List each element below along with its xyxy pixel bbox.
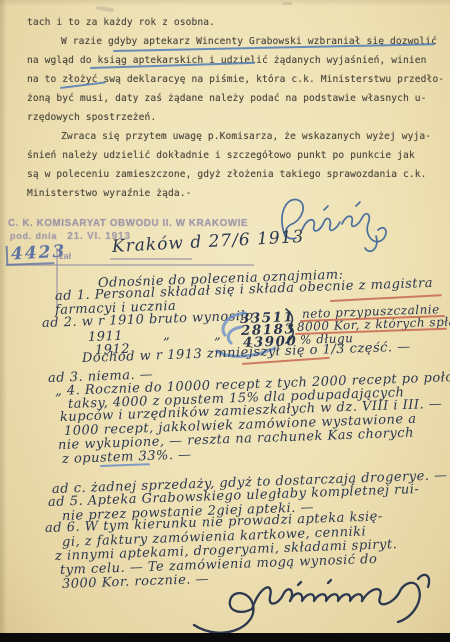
typed-text-block: tach i to za każdy rok z osobna. W razie… (27, 13, 439, 203)
red-pencil-underline (330, 294, 442, 302)
stamp-form-line-short (110, 258, 192, 260)
document-page: tach i to za każdy rok z osobna. W razie… (0, 0, 450, 642)
paper-edge-shadow-top (0, 0, 450, 6)
typed-line: Zwraca się przytem uwagę p.Komisarza, że… (27, 127, 439, 146)
scanner-edge-bar (0, 633, 450, 642)
typed-line: na to złożyć swą deklaracyę na piśmie, k… (27, 70, 439, 89)
pencil-smudge (282, 2, 292, 5)
stamp-received-label: pod. dnia (10, 231, 57, 241)
typed-line: są w poleceniu zamieszczone, gdyż złożen… (27, 165, 439, 184)
office-stamp-title: C. K. KOMISARYAT OBWODU II. W KRAKOWIE (8, 218, 248, 229)
attachment-abbrev: zał (59, 251, 71, 261)
typed-line: tach i to za każdy rok z osobna. (27, 13, 439, 32)
hw-ditto-mark: „ (163, 328, 171, 343)
typed-line: śnień należy udzielić dokładnie i szczeg… (27, 146, 439, 165)
blue-pencil-underline (100, 463, 150, 467)
paper-edge-shadow-left (0, 0, 7, 642)
typed-line: na wgląd do ksiąg aptekarskich i udzieli… (27, 51, 439, 70)
typed-line: rzędowych spostrzeżeń. (27, 108, 439, 127)
typed-line: żoną być musi, daty zaś żądane należy po… (27, 89, 439, 108)
apothecary-signature (178, 565, 450, 639)
pencil-smudge (96, 6, 114, 12)
